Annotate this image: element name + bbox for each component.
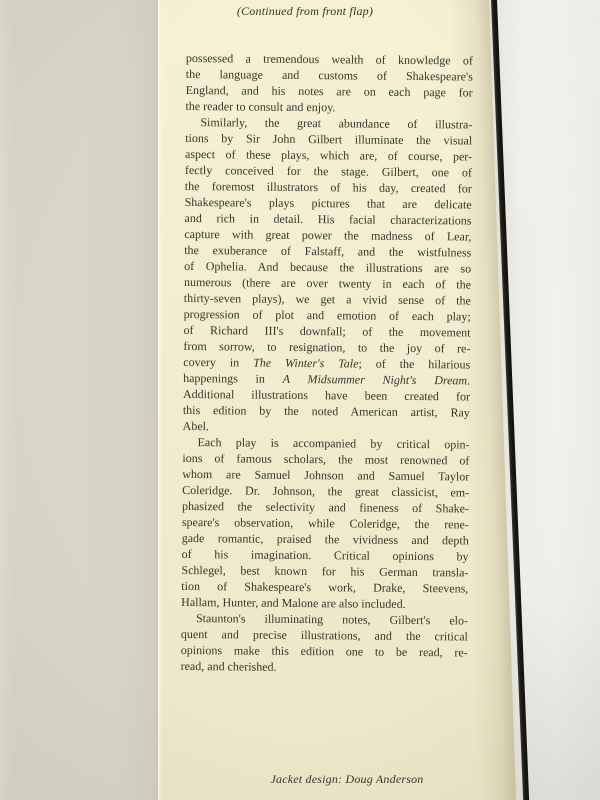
- paragraph: Similarly, the great abundance of illust…: [183, 114, 473, 436]
- paragraph: possessed a tremendous wealth of knowled…: [185, 50, 473, 117]
- paragraph: Staunton's illuminating notes, Gilbert's…: [181, 610, 469, 677]
- text-line: read, and cherished.: [181, 658, 468, 677]
- jacket-back-flap: (Continued from front flap) possessed a …: [158, 0, 520, 800]
- flap-body-text: possessed a tremendous wealth of knowled…: [181, 50, 473, 676]
- book-jacket-photo: (Continued from front flap) possessed a …: [0, 0, 600, 800]
- photo-background-left: [0, 0, 162, 800]
- jacket-design-credit: Jacket design: Doug Anderson: [202, 772, 492, 787]
- continued-from-front-flap-caption: (Continued from front flap): [160, 4, 450, 19]
- paragraph: Each play is accompanied by critical opi…: [181, 434, 470, 612]
- text-line: this edition by the noted American artis…: [183, 402, 470, 421]
- flap-left-edge-highlight: [158, 0, 162, 800]
